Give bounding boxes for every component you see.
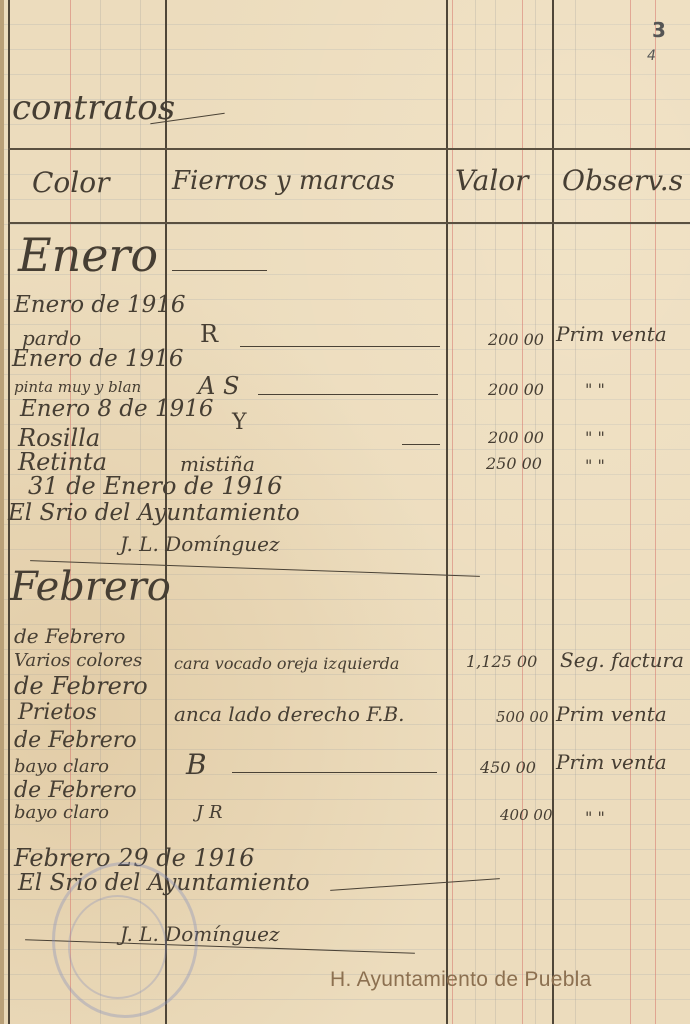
entry-date: Enero de 1916 <box>14 292 186 318</box>
month-underline <box>172 270 267 271</box>
entry-obs: Prim venta <box>556 322 667 346</box>
column-border-marks <box>446 0 448 1024</box>
entry-valor: 200 00 <box>488 330 544 349</box>
ruling-line <box>535 0 536 1024</box>
header-top-rule <box>8 148 690 150</box>
entry-date: Enero 8 de 1916 <box>20 396 214 422</box>
header-observaciones: Observ.s <box>562 164 683 197</box>
header-color: Color <box>32 166 109 199</box>
entry-date: de Febrero <box>14 624 125 648</box>
entry-obs: " " <box>585 380 605 399</box>
margin-rule <box>522 0 523 1024</box>
entry-valor: 450 00 <box>480 758 536 777</box>
closing-date: 31 de Enero de 1916 <box>28 472 282 500</box>
entry-mark: anca lado derecho F.B. <box>174 702 405 726</box>
entry-mark: J R <box>196 802 223 823</box>
signature: J. L. Domínguez <box>120 532 280 556</box>
entry-color: bayo claro <box>14 802 109 823</box>
ruling-line <box>495 0 496 1024</box>
entry-color: pinta muy y blan <box>14 378 141 396</box>
margin-rule <box>655 0 656 1024</box>
closing-title: El Srio del Ayuntamiento <box>8 500 300 526</box>
official-seal-emblem <box>68 895 167 999</box>
entry-valor: 200 00 <box>488 380 544 399</box>
page-binding-edge <box>0 0 4 1024</box>
archive-watermark: H. Ayuntamiento de Puebla <box>330 968 592 992</box>
header-valor: Valor <box>455 164 529 197</box>
entry-fill-line <box>232 772 437 773</box>
entry-date: de Febrero <box>14 728 137 753</box>
entry-obs: Prim venta <box>556 750 667 774</box>
section-month-enero: Enero <box>18 228 158 282</box>
entry-color: Varios colores <box>14 650 142 671</box>
entry-color: Prietos <box>18 700 97 725</box>
entry-obs: " " <box>585 456 605 475</box>
ruling-line <box>575 0 576 1024</box>
entry-mark: B <box>186 748 207 781</box>
entry-fill-line <box>258 394 438 395</box>
page-number-secondary: 4 <box>647 48 656 64</box>
entry-obs: " " <box>585 808 605 827</box>
entry-mark: cara vocado oreja izquierda <box>174 654 399 673</box>
entry-valor: 1,125 00 <box>466 652 537 671</box>
margin-rule <box>452 0 453 1024</box>
entry-date: de Febrero <box>14 672 148 700</box>
section-month-febrero: Febrero <box>10 564 171 610</box>
entry-obs: Seg. factura <box>560 648 684 672</box>
page-number: 3 <box>652 18 666 42</box>
entry-fill-line <box>402 444 440 445</box>
entry-color: bayo claro <box>14 756 109 777</box>
entry-date: de Febrero <box>14 778 137 803</box>
entry-date: Enero de 1916 <box>12 346 184 372</box>
ruling-line <box>475 0 476 1024</box>
page-title: contratos <box>12 88 175 128</box>
header-bottom-rule <box>8 222 690 224</box>
entry-mark: Y <box>232 410 247 435</box>
entry-valor: 200 00 <box>488 428 544 447</box>
entry-obs: " " <box>585 428 605 447</box>
entry-valor: 500 00 <box>496 708 549 726</box>
entry-valor: 400 00 <box>500 806 553 824</box>
entry-obs: Prim venta <box>556 702 667 726</box>
column-border-valor <box>552 0 554 1024</box>
margin-rule <box>630 0 631 1024</box>
entry-valor: 250 00 <box>486 454 542 473</box>
entry-fill-line <box>240 346 440 347</box>
entry-mark: R <box>200 320 218 348</box>
header-fierros-marcas: Fierros y marcas <box>172 166 395 196</box>
